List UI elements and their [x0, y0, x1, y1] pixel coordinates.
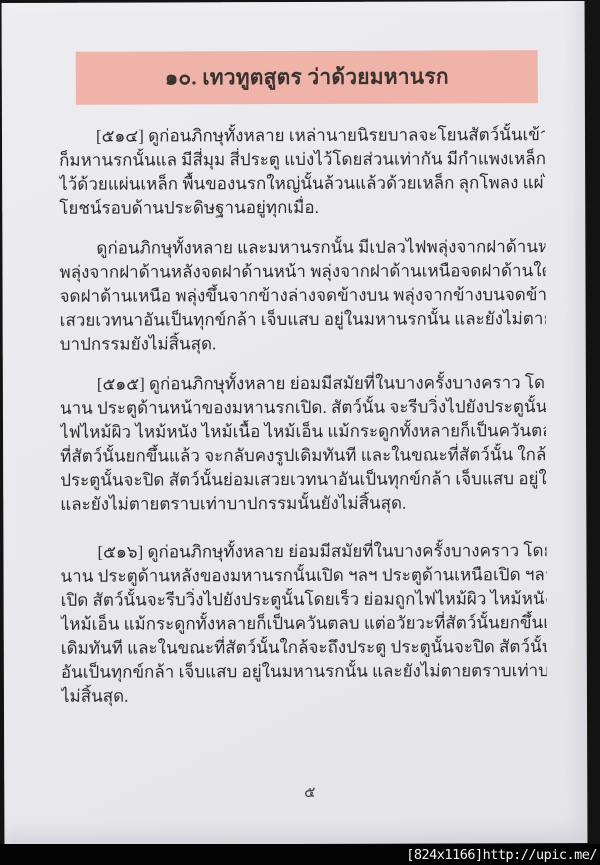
document-page: ๑๐. เทวทูตสูตร ว่าด้วยมหานรก [๕๑๔] ดูก่อ… [2, 1, 588, 845]
body-text: [๕๑๔] ดูก่อนภิกษุทั้งหลาย เหล่านายนิรยบา… [59, 123, 547, 709]
text-line: พลุ่งจากฝาด้านหลังจดฝาด้านหน้า พลุ่งจากฝ… [59, 259, 545, 285]
text-line: จดฝาด้านเหนือ พลุ่งขึ้นจากข้างล่างจดข้าง… [60, 283, 546, 309]
text-line: เสวยเวทนาอันเป็นทุกข์กล้า เจ็บแสบ อยู่ใน… [60, 307, 546, 333]
paragraph-515: [๕๑๕] ดูก่อนภิกษุทั้งหลาย ย่อมมีสมัยที่ใ… [60, 371, 546, 517]
text-line: ไว้ด้วยแผ่นเหล็ก พื้นของนรกใหญ่นั้นล้วนแ… [59, 171, 545, 197]
text-line: อันเป็นทุกข์กล้า เจ็บแสบ อยู่ในมหานรกนั้… [61, 659, 547, 685]
text-line: ไฟไหม้ผิว ไหม้หนัง ไหม้เนื้อ ไหม้เอ็น แม… [60, 419, 546, 445]
photo-speck [65, 343, 67, 345]
section-title-banner: ๑๐. เทวทูตสูตร ว่าด้วยมหานรก [76, 50, 538, 105]
text-line: เปิด สัตว์นั้นจะรีบวิ่งไปยังประตูนั้นโดย… [61, 587, 547, 613]
text-line: ไม่สิ้นสุด. [61, 683, 547, 709]
watermark-text: [824x1166]http://upic.me/ [406, 847, 600, 863]
text-line: ก็มหานรกนั้นแล มีสี่มุม สี่ประตู แบ่งไว้… [59, 147, 545, 173]
paragraph-continuation: ดูก่อนภิกษุทั้งหลาย และมหานรกนั้น มีเปลว… [59, 235, 545, 357]
text-line: นาน ประตูด้านหน้าของมหานรกเปิด. สัตว์นั้… [60, 395, 546, 421]
section-title: ๑๐. เทวทูตสูตร ว่าด้วยมหานรก [165, 60, 449, 94]
text-line: เดิมทันที และในขณะที่สัตว์นั้นใกล้จะถึงป… [61, 635, 547, 661]
photo-speck [427, 187, 430, 190]
text-line: ที่สัตว์นั้นยกขึ้นแล้ว จะกลับคงรูปเดิมทั… [60, 443, 546, 469]
text-line: ดูก่อนภิกษุทั้งหลาย และมหานรกนั้น มีเปลว… [59, 235, 545, 261]
text-line: โยชน์รอบด้านประดิษฐานอยู่ทุกเมื่อ. [59, 195, 545, 221]
page-number: ๕ [18, 779, 600, 805]
paragraph-516: [๕๑๖] ดูก่อนภิกษุทั้งหลาย ย่อมมีสมัยที่ใ… [60, 539, 547, 709]
text-line: และยังไม่ตายตราบเท่าบาปกรรมนั้นยังไม่สิ้… [60, 491, 546, 517]
text-line: [๕๑๔] ดูก่อนภิกษุทั้งหลาย เหล่านายนิรยบา… [59, 123, 545, 149]
watermark-bar: [824x1166]http://upic.me/ [0, 844, 600, 865]
text-line: บาปกรรมยังไม่สิ้นสุด. [60, 331, 546, 357]
text-line: ไหม้เอ็น แม้กระดูกทั้งหลายก็เป็นควันตลบ … [61, 611, 547, 637]
text-line: [๕๑๖] ดูก่อนภิกษุทั้งหลาย ย่อมมีสมัยที่ใ… [60, 539, 546, 565]
paragraph-514: [๕๑๔] ดูก่อนภิกษุทั้งหลาย เหล่านายนิรยบา… [59, 123, 545, 221]
text-line: [๕๑๕] ดูก่อนภิกษุทั้งหลาย ย่อมมีสมัยที่ใ… [60, 371, 546, 397]
text-line: ประตูนั้นจะปิด สัตว์นั้นย่อมเสวยเวทนาอัน… [60, 467, 546, 493]
text-line: นาน ประตูด้านหลังของมหานรกนั้นเปิด ฯลฯ ป… [60, 563, 546, 589]
